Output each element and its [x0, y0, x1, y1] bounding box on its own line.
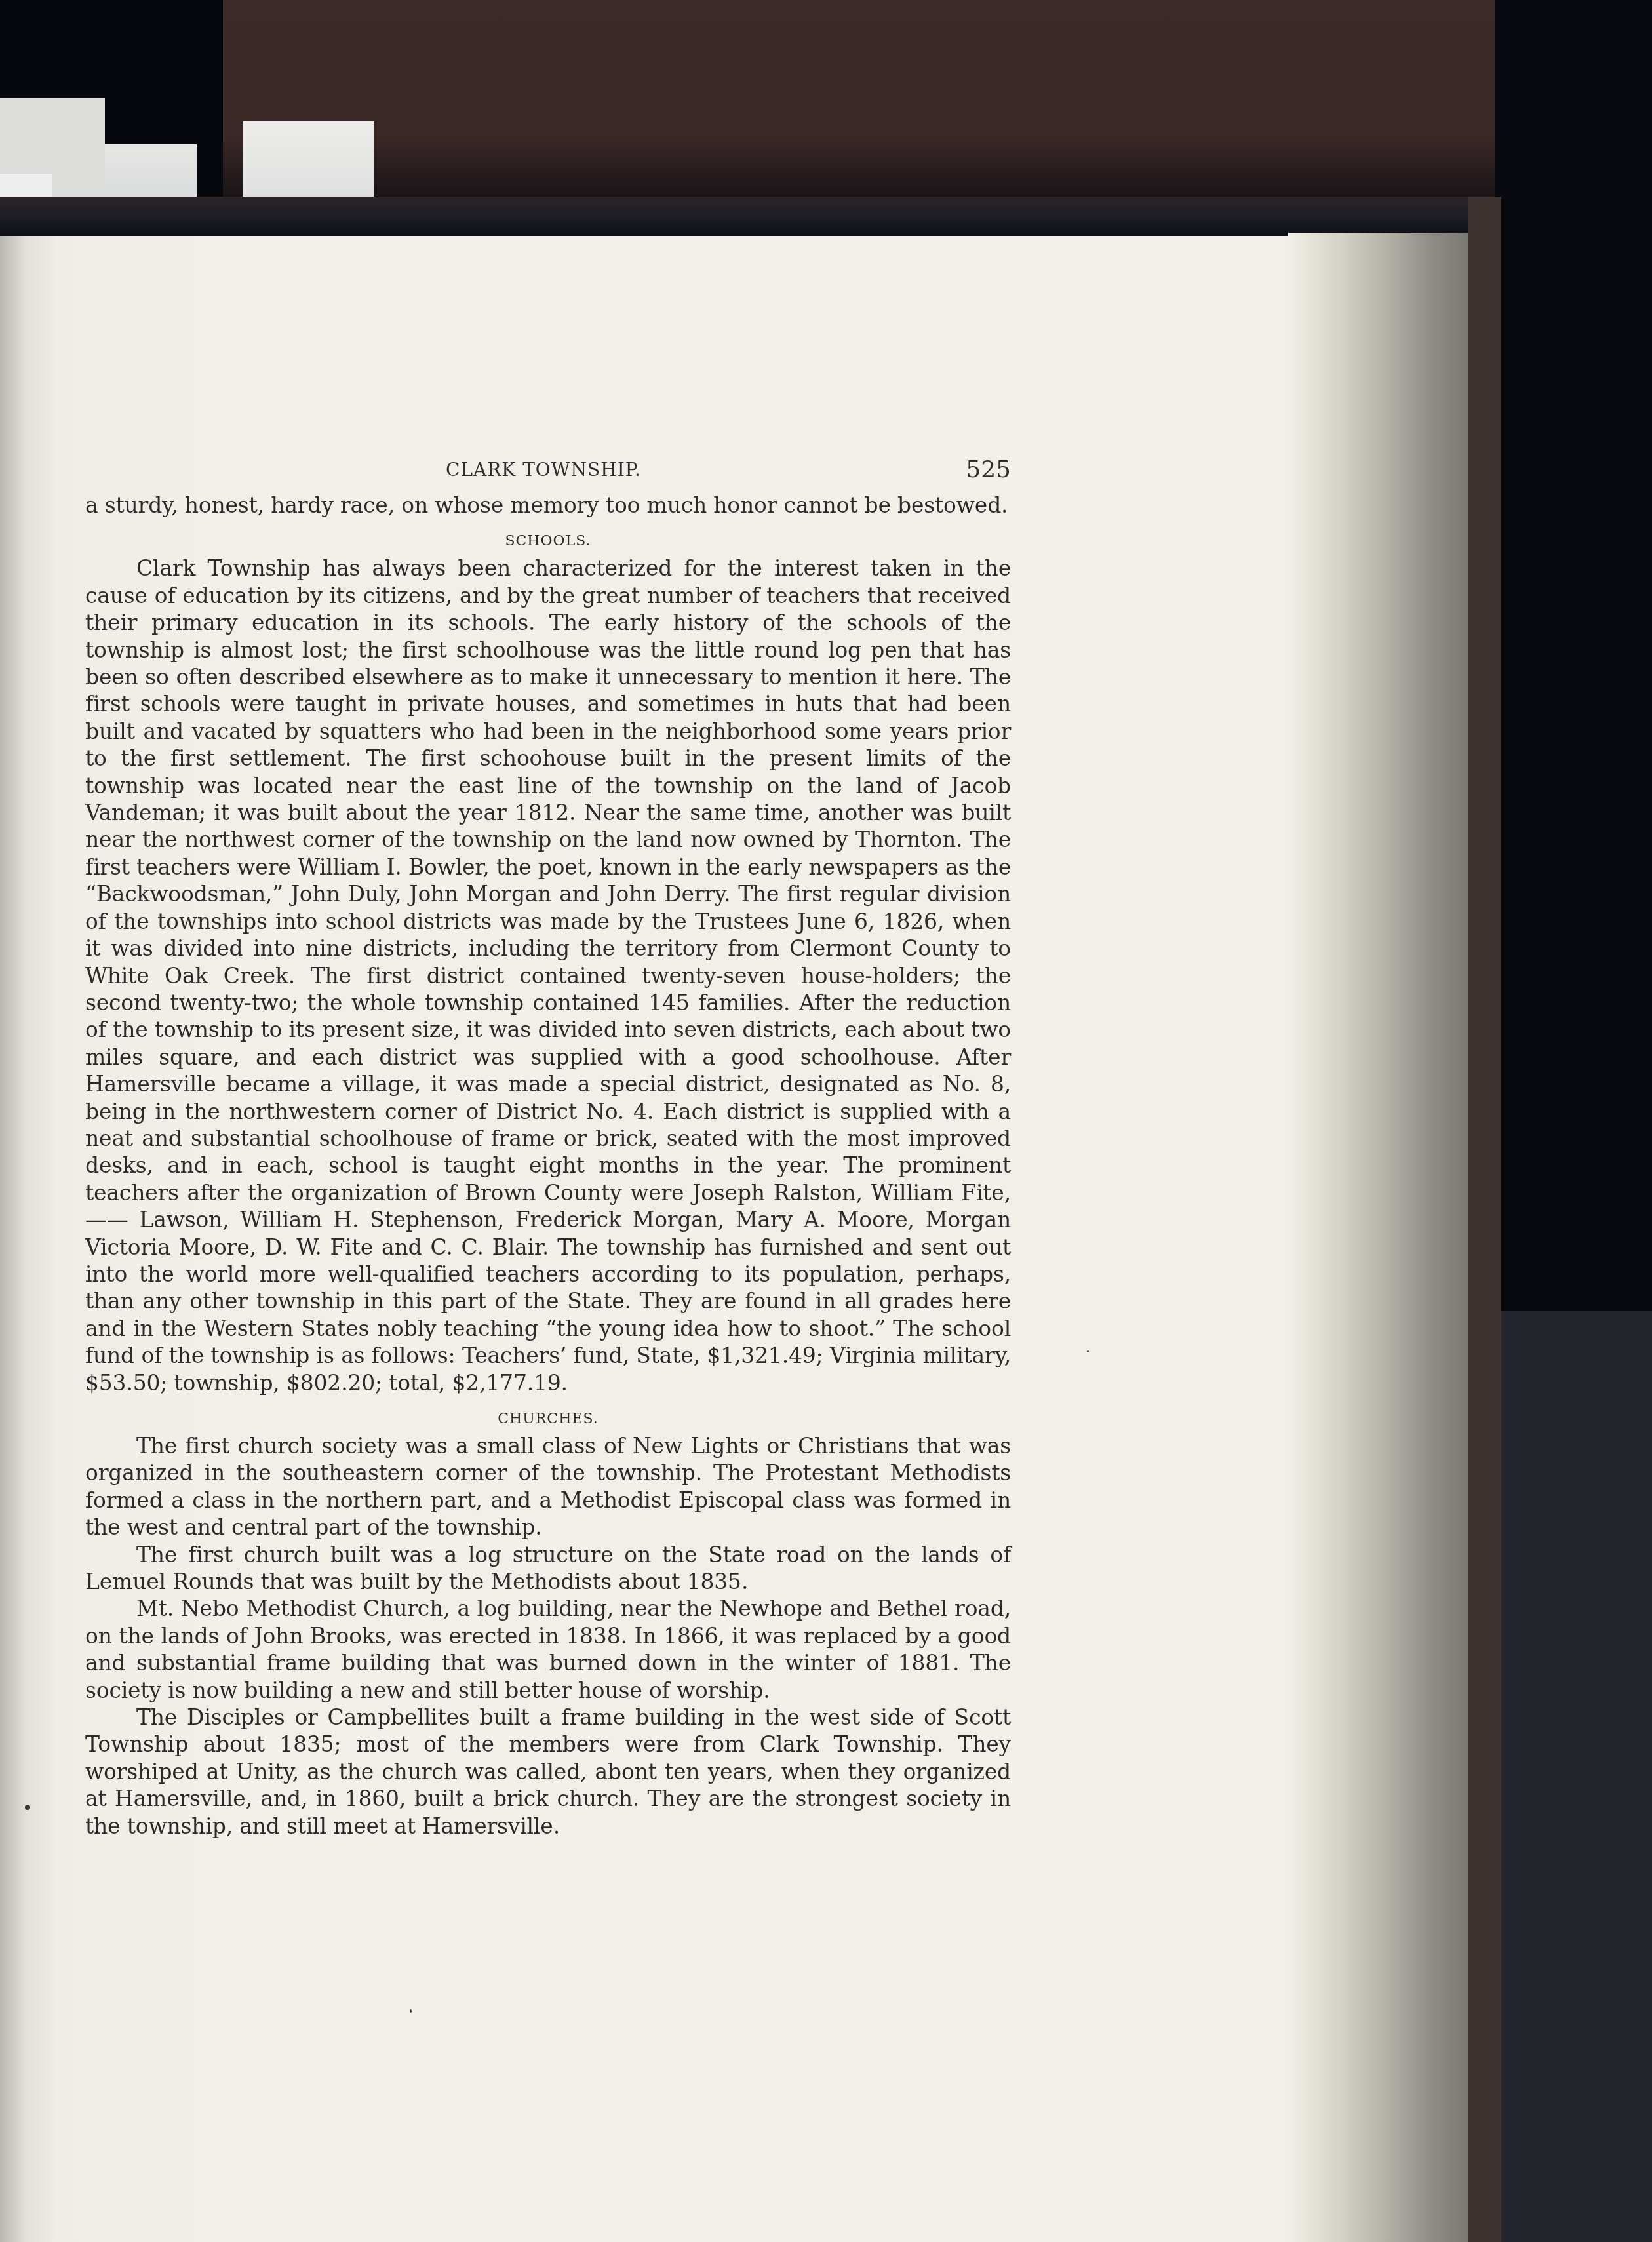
- ink-speck: [410, 2009, 412, 2013]
- book-page: CLARK TOWNSHIP. 525 a sturdy, honest, ha…: [0, 236, 1288, 2242]
- ink-speck: [25, 1805, 30, 1810]
- book-cover-top: [223, 0, 1508, 197]
- running-head: CLARK TOWNSHIP. 525: [85, 459, 1011, 492]
- running-title: CLARK TOWNSHIP.: [446, 459, 641, 481]
- paragraph: The first church society was a small cla…: [85, 1432, 1011, 1541]
- paragraph: The first church built was a log structu…: [85, 1541, 1011, 1596]
- book-cover-edge-right: [1468, 197, 1501, 2242]
- scanner-background-lower-right: [1495, 1311, 1652, 2242]
- paragraph: Mt. Nebo Methodist Church, a log buildin…: [85, 1595, 1011, 1704]
- book-cover-edge-top: [0, 197, 1501, 236]
- page-number: 525: [966, 456, 1011, 483]
- continuation-paragraph: a sturdy, honest, hardy race, on whose m…: [85, 492, 1011, 519]
- paragraph: Clark Township has always been character…: [85, 555, 1011, 1396]
- scanner-background-right: [1495, 0, 1652, 1311]
- section-heading-churches: CHURCHES.: [85, 1406, 1011, 1432]
- section-heading-schools: SCHOOLS.: [85, 528, 1011, 555]
- page-fore-edge: [1288, 233, 1468, 2242]
- paragraph: The Disciples or Campbellites built a fr…: [85, 1704, 1011, 1839]
- ink-speck: [1087, 1350, 1089, 1352]
- body-text: a sturdy, honest, hardy race, on whose m…: [85, 492, 1011, 1839]
